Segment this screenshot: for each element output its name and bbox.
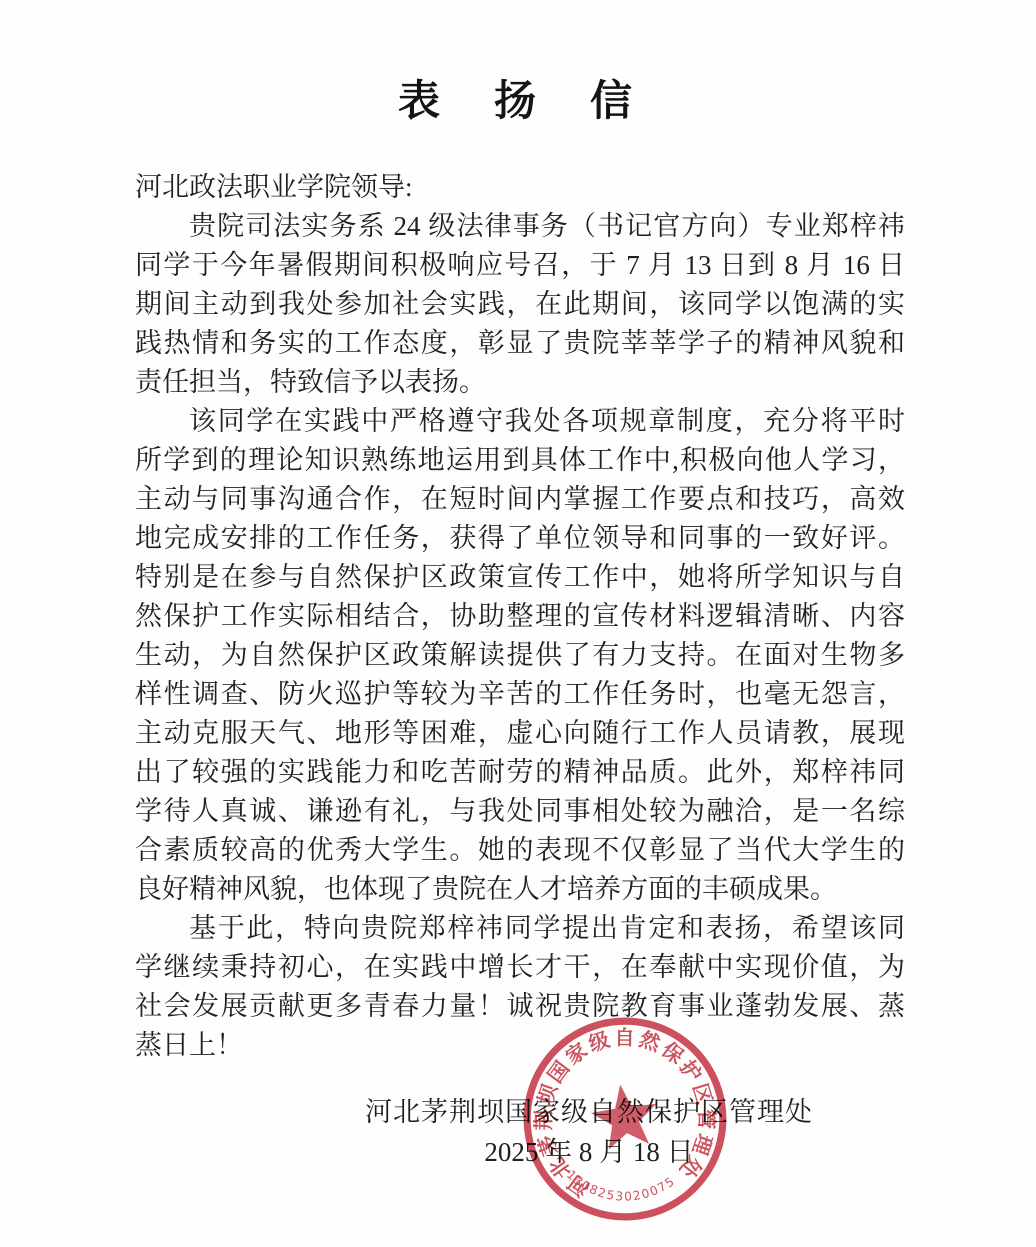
body-line: 主动与同事沟通合作，在短时间内掌握工作要点和技巧，高效 — [135, 480, 905, 519]
signature-date: 2025 年 8 月 18 日 — [358, 1132, 820, 1172]
body-line: 该同学在实践中严格遵守我处各项规章制度，充分将平时 — [135, 402, 905, 441]
paragraphs-container: 贵院司法实务系 24 级法律事务（书记官方向）专业郑梓祎同学于今年暑假期间积极响… — [135, 207, 905, 1065]
body-line: 蒸日上！ — [135, 1026, 905, 1065]
body-line: 生动，为自然保护区政策解读提供了有力支持。在面对生物多 — [135, 636, 905, 675]
signature-block: 河北茅荆坝国家级自然保护区管理处 2025 年 8 月 18 日 — [358, 1092, 820, 1172]
body-line: 同学于今年暑假期间积极响应号召，于 7 月 13 日到 8 月 16 日 — [135, 246, 905, 285]
body-line: 贵院司法实务系 24 级法律事务（书记官方向）专业郑梓祎 — [135, 207, 905, 246]
commendation-letter-page: 表 扬 信 河北政法职业学院领导: 贵院司法实务系 24 级法律事务（书记官方向… — [0, 0, 1036, 1247]
body-line: 出了较强的实践能力和吃苦耐劳的精神品质。此外，郑梓祎同 — [135, 753, 905, 792]
letter-body: 河北政法职业学院领导: 贵院司法实务系 24 级法律事务（书记官方向）专业郑梓祎… — [135, 168, 905, 1065]
body-line: 责任担当，特致信予以表扬。 — [135, 363, 905, 402]
body-line: 合素质较高的优秀大学生。她的表现不仅彰显了当代大学生的 — [135, 831, 905, 870]
letter-title: 表 扬 信 — [0, 78, 1036, 124]
body-line: 然保护工作实际相结合，协助整理的宣传材料逻辑清晰、内容 — [135, 597, 905, 636]
body-line: 期间主动到我处参加社会实践，在此期间，该同学以饱满的实 — [135, 285, 905, 324]
body-line: 样性调查、防火巡护等较为辛苦的工作任务时，也毫无怨言， — [135, 675, 905, 714]
body-line: 基于此，特向贵院郑梓祎同学提出肯定和表扬，希望该同 — [135, 909, 905, 948]
body-line: 所学到的理论知识熟练地运用到具体工作中,积极向他人学习， — [135, 441, 905, 480]
salutation: 河北政法职业学院领导: — [135, 168, 905, 207]
signature-org: 河北茅荆坝国家级自然保护区管理处 — [358, 1092, 820, 1132]
body-line: 学继续秉持初心，在实践中增长才干，在奉献中实现价值，为 — [135, 948, 905, 987]
body-line: 社会发展贡献更多青春力量！诚祝贵院教育事业蓬勃发展、蒸 — [135, 987, 905, 1026]
body-line: 特别是在参与自然保护区政策宣传工作中，她将所学知识与自 — [135, 558, 905, 597]
body-line: 主动克服天气、地形等困难，虚心向随行工作人员请教，展现 — [135, 714, 905, 753]
body-line: 学待人真诚、谦逊有礼，与我处同事相处较为融洽，是一名综 — [135, 792, 905, 831]
body-line: 践热情和务实的工作态度，彰显了贵院莘莘学子的精神风貌和 — [135, 324, 905, 363]
body-line: 良好精神风貌，也体现了贵院在人才培养方面的丰硕成果。 — [135, 870, 905, 909]
body-line: 地完成安排的工作任务，获得了单位领导和同事的一致好评。 — [135, 519, 905, 558]
